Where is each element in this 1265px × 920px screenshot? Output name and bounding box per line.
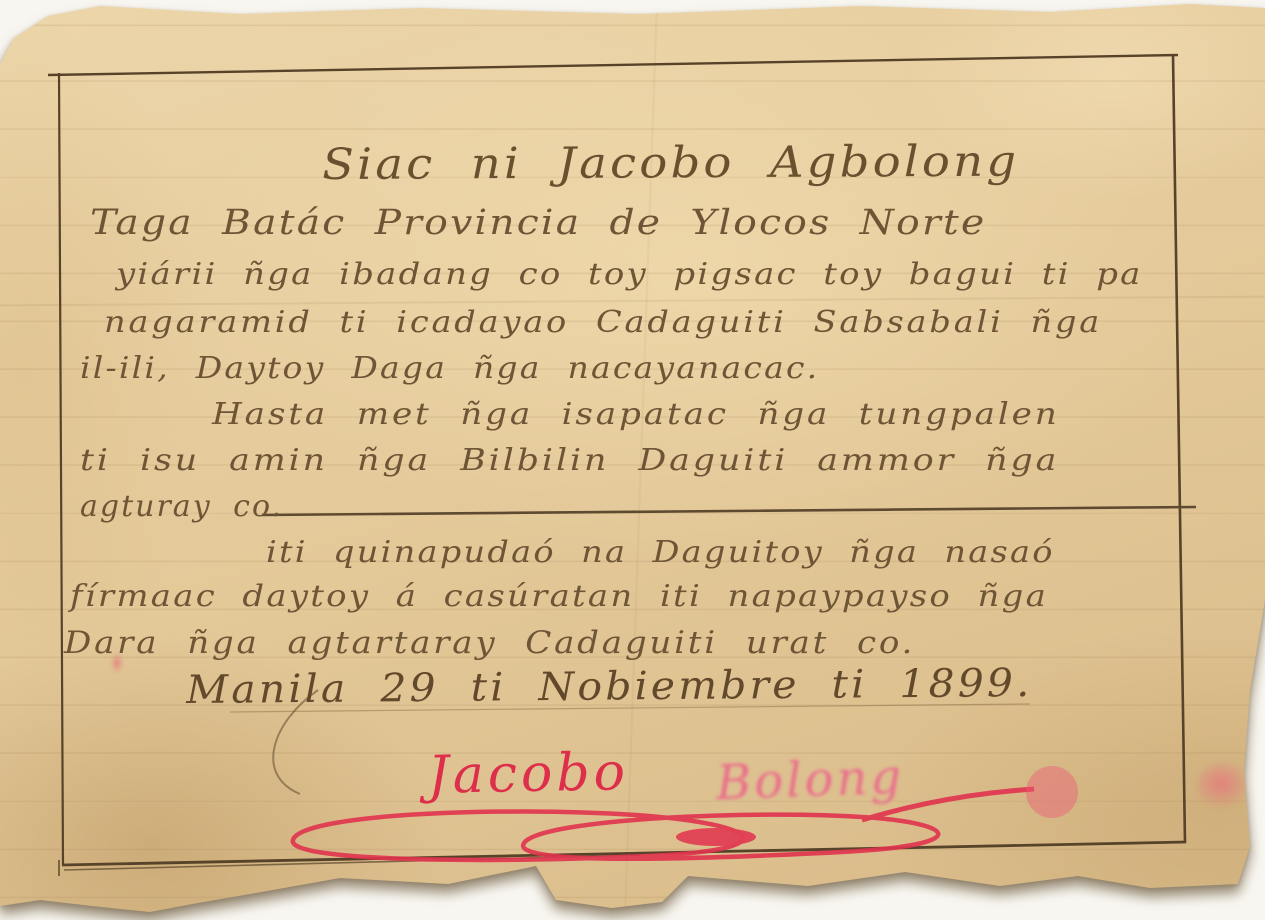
- signature-flourish: [293, 789, 1034, 860]
- body-line: il-ili, Daytoy Daga ñga nacayanacac.: [80, 351, 819, 386]
- flourish-smudge: [1026, 766, 1078, 818]
- red-ink-smudge: [1196, 762, 1252, 810]
- signature-first-name: Jacobo: [427, 742, 629, 805]
- signature-last-name: Bolong: [715, 749, 905, 812]
- body-line: fírmaac daytoy á casúratan iti napaypays…: [70, 579, 1048, 614]
- date-line: Manila 29 ti Nobiembre ti 1899.: [186, 661, 1033, 713]
- red-ink-fleck: [110, 652, 124, 674]
- body-line: yiárii ñga ibadang co toy pigsac toy bag…: [116, 257, 1143, 292]
- scanned-document: Siac ni Jacobo Agbolong Taga Batác Provi…: [0, 0, 1265, 920]
- ink-divider-rule: [262, 507, 1196, 515]
- manuscript-paper: Siac ni Jacobo Agbolong Taga Batác Provi…: [0, 0, 1265, 920]
- body-line: agturay co.: [80, 489, 283, 524]
- body-line: Hasta met ñga isapatac ñga tungpalen: [212, 397, 1060, 432]
- body-line: ti isu amin ñga Bilbilin Daguiti ammor ñ…: [80, 443, 1059, 478]
- body-line-origin: Taga Batác Provincia de Ylocos Norte: [90, 203, 986, 243]
- title-line: Siac ni Jacobo Agbolong: [322, 137, 1019, 190]
- body-line: Dara ñga agtartaray Cadaguiti urat co.: [64, 625, 915, 661]
- paper-shadow: Siac ni Jacobo Agbolong Taga Batác Provi…: [0, 0, 1265, 920]
- body-line: iti quinapudaó na Daguitoy ñga nasaó: [266, 535, 1055, 570]
- body-line: nagaramid ti icadayao Cadaguiti Sabsabal…: [104, 305, 1102, 340]
